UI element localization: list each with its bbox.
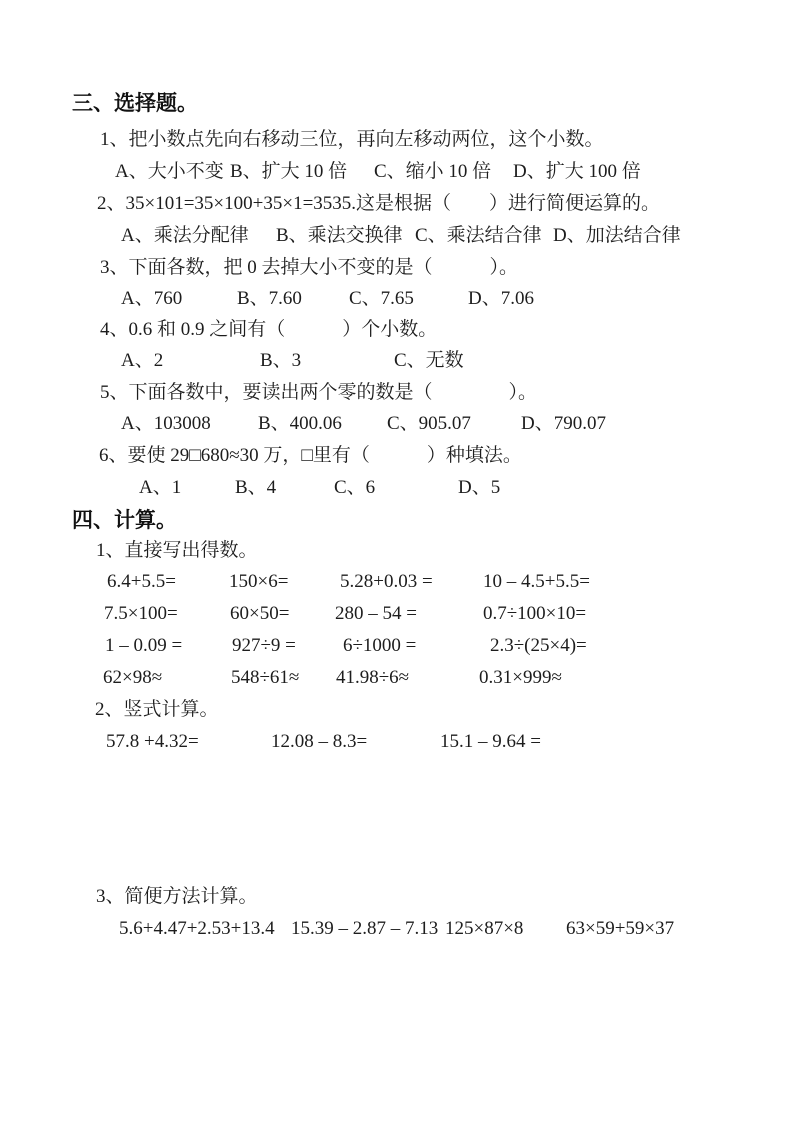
simplify-calc-row: 5.6+4.47+2.53+13.4 15.39 – 2.87 – 7.13 1… [0, 917, 793, 945]
expression: 15.39 – 2.87 – 7.13 [291, 917, 438, 942]
q4-stem: 4、0.6 和 0.9 之间有（ ）个小数。 [100, 318, 437, 343]
q6-stem: 6、要使 29□680≈30 万，□里有（ ）种填法。 [99, 444, 522, 469]
working-space [0, 760, 793, 880]
q2-option-d: D、加法结合律 [553, 224, 681, 249]
vertical-calc-label: 2、竖式计算。 [95, 698, 219, 723]
q6-option-d: D、5 [458, 476, 500, 501]
direct-calc-row-4: 62×98≈ 548÷61≈ 41.98÷6≈ 0.31×999≈ [0, 666, 793, 694]
expression: 6÷1000 = [343, 634, 416, 659]
expression: 2.3÷(25×4)= [490, 634, 587, 659]
q6-option-a: A、1 [139, 476, 181, 501]
q4-option-a: A、2 [121, 349, 163, 374]
q3-options: A、760 B、7.60 C、7.65 D、7.06 [0, 287, 793, 315]
q2-option-b: B、乘法交换律 [276, 224, 403, 249]
expression: 280 – 54 = [335, 602, 417, 627]
q3-stem: 3、下面各数，把 0 去掉大小不变的是（ ）。 [100, 256, 518, 281]
section-calc-heading: 四、计算。 [72, 507, 177, 534]
q4-option-b: B、3 [260, 349, 301, 374]
expression: 12.08 – 8.3= [271, 730, 367, 755]
q2-stem: 2、35×101=35×100+35×1=3535.这是根据（ ）进行简便运算的… [97, 192, 660, 217]
expression: 7.5×100= [104, 602, 178, 627]
expression: 60×50= [230, 602, 289, 627]
simplify-calc-label: 3、简便方法计算。 [96, 885, 258, 910]
expression: 0.31×999≈ [479, 666, 562, 691]
expression: 150×6= [229, 570, 288, 595]
expression: 63×59+59×37 [566, 917, 674, 942]
direct-calc-row-1: 6.4+5.5= 150×6= 5.28+0.03 = 10 – 4.5+5.5… [0, 570, 793, 598]
q3-option-b: B、7.60 [237, 287, 302, 312]
q2-option-c: C、乘法结合律 [415, 224, 542, 249]
expression: 62×98≈ [103, 666, 162, 691]
q6-options: A、1 B、4 C、6 D、5 [0, 476, 793, 504]
direct-calc-row-3: 1 – 0.09 = 927÷9 = 6÷1000 = 2.3÷(25×4)= [0, 634, 793, 662]
q2-option-a: A、乘法分配律 [121, 224, 249, 249]
expression: 15.1 – 9.64 = [440, 730, 541, 755]
q5-option-a: A、103008 [121, 412, 211, 437]
q1-option-b: B、扩大 10 倍 [230, 160, 347, 185]
worksheet-page: 三、选择题。 1、把小数点先向右移动三位，再向左移动两位，这个小数。 A、大小不… [0, 0, 793, 1122]
expression: 5.6+4.47+2.53+13.4 [119, 917, 275, 942]
expression: 5.28+0.03 = [340, 570, 433, 595]
q5-stem: 5、下面各数中，要读出两个零的数是（ ）。 [100, 381, 537, 406]
expression: 10 – 4.5+5.5= [483, 570, 590, 595]
q5-options: A、103008 B、400.06 C、905.07 D、790.07 [0, 412, 793, 440]
q3-option-d: D、7.06 [468, 287, 534, 312]
q5-option-c: C、905.07 [387, 412, 471, 437]
expression: 41.98÷6≈ [336, 666, 409, 691]
q1-option-d: D、扩大 100 倍 [513, 160, 641, 185]
q4-option-c: C、无数 [394, 349, 464, 374]
direct-calc-label: 1、直接写出得数。 [96, 539, 258, 564]
q5-option-b: B、400.06 [258, 412, 342, 437]
q5-option-d: D、790.07 [521, 412, 606, 437]
q6-option-b: B、4 [235, 476, 276, 501]
expression: 125×87×8 [445, 917, 523, 942]
expression: 1 – 0.09 = [105, 634, 182, 659]
expression: 57.8 +4.32= [106, 730, 199, 755]
q3-option-a: A、760 [121, 287, 182, 312]
expression: 548÷61≈ [231, 666, 299, 691]
q4-options: A、2 B、3 C、无数 [0, 349, 793, 377]
q3-option-c: C、7.65 [349, 287, 414, 312]
q6-option-c: C、6 [334, 476, 375, 501]
q2-options: A、乘法分配律 B、乘法交换律 C、乘法结合律 D、加法结合律 [0, 224, 793, 252]
q1-stem: 1、把小数点先向右移动三位，再向左移动两位，这个小数。 [100, 128, 604, 153]
section-choice-heading: 三、选择题。 [72, 90, 198, 117]
expression: 0.7÷100×10= [483, 602, 586, 627]
direct-calc-row-2: 7.5×100= 60×50= 280 – 54 = 0.7÷100×10= [0, 602, 793, 630]
q1-option-c: C、缩小 10 倍 [374, 160, 491, 185]
q1-option-a: A、大小不变 [115, 160, 224, 185]
q1-options: A、大小不变 B、扩大 10 倍 C、缩小 10 倍 D、扩大 100 倍 [0, 160, 793, 188]
expression: 927÷9 = [232, 634, 296, 659]
vertical-calc-row: 57.8 +4.32= 12.08 – 8.3= 15.1 – 9.64 = [0, 730, 793, 758]
expression: 6.4+5.5= [107, 570, 176, 595]
